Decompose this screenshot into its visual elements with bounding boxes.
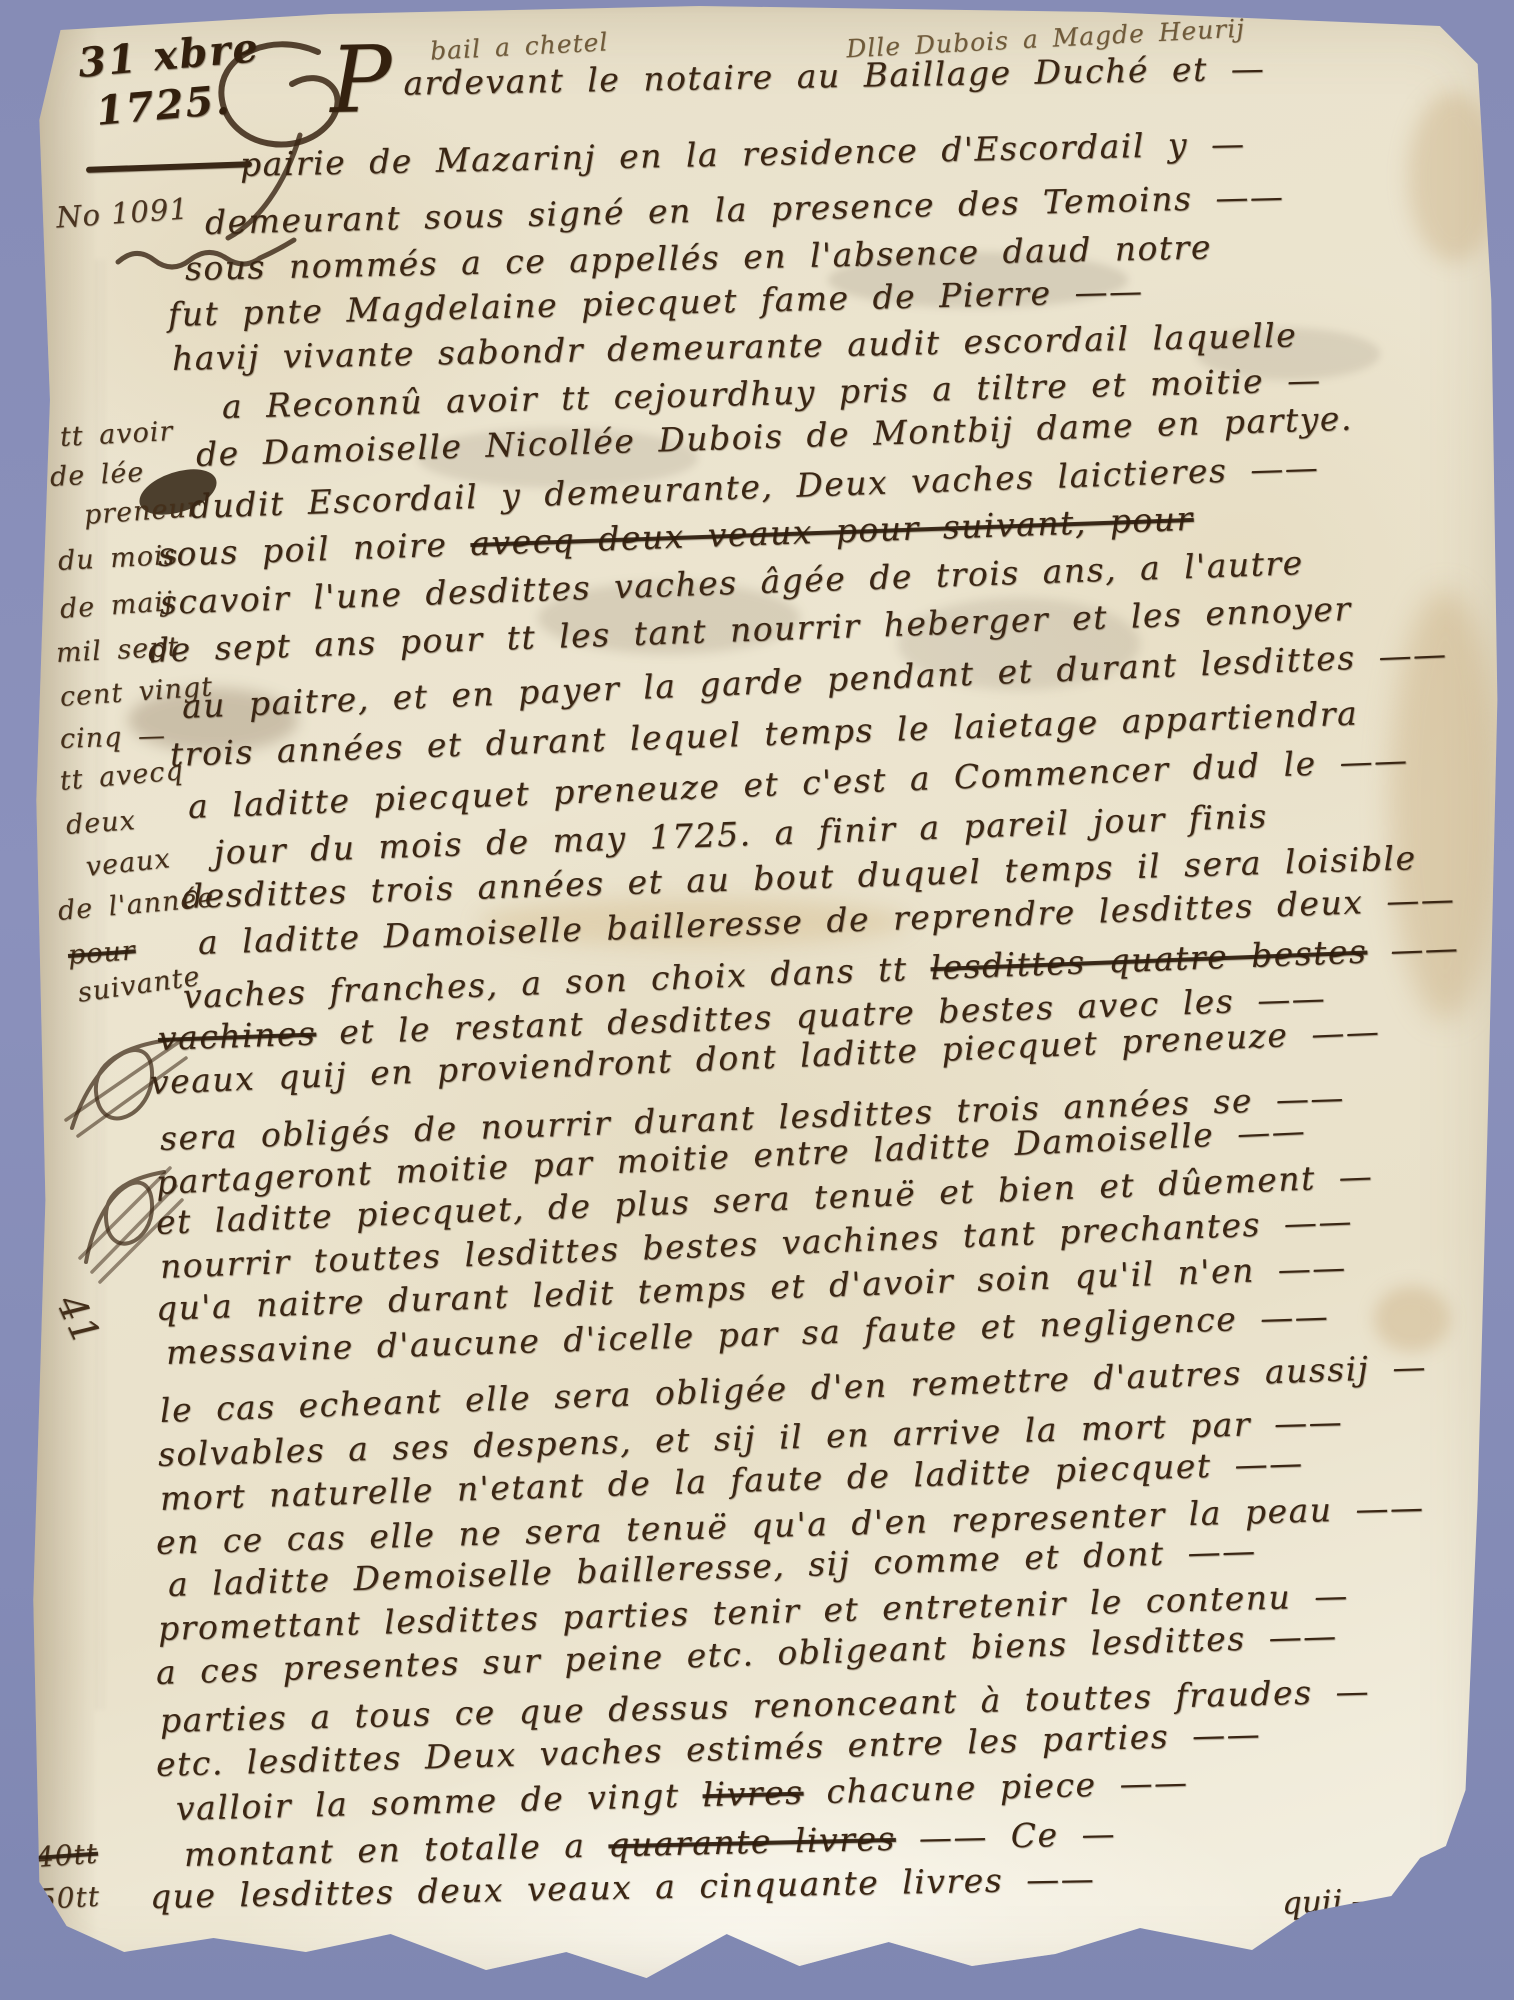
date-annotation-year: 1725.	[95, 80, 233, 132]
margin-note: veaux	[85, 845, 172, 881]
manuscript-line: pairie de Mazarinj en la residence d'Esc…	[240, 127, 1246, 181]
date-annotation-day: 31 xbre	[77, 28, 262, 84]
margin-note: cinq —	[60, 722, 167, 753]
decorated-initial: P	[330, 80, 393, 81]
margin-note: deux	[65, 807, 137, 839]
margin-note: preneur	[83, 494, 201, 529]
margin-note: 50tt	[37, 1883, 101, 1914]
margin-note: de lée	[49, 459, 145, 491]
scan-background: 31 xbre 1725. No 1091 bail a chetel Dlle…	[0, 0, 1514, 2000]
margin-note: tt avoir	[59, 418, 174, 451]
catchword: quij —	[1281, 1882, 1382, 1921]
date-underline	[86, 161, 252, 173]
doc-type-annotation: bail a chetel	[429, 29, 609, 63]
stain	[1374, 1286, 1450, 1352]
margin-note: pour	[67, 937, 137, 969]
stain	[1408, 92, 1500, 262]
margin-note: 40tt	[35, 1840, 99, 1872]
document-page: 31 xbre 1725. No 1091 bail a chetel Dlle…	[0, 0, 1514, 2000]
margin-note: de maij	[59, 588, 174, 623]
